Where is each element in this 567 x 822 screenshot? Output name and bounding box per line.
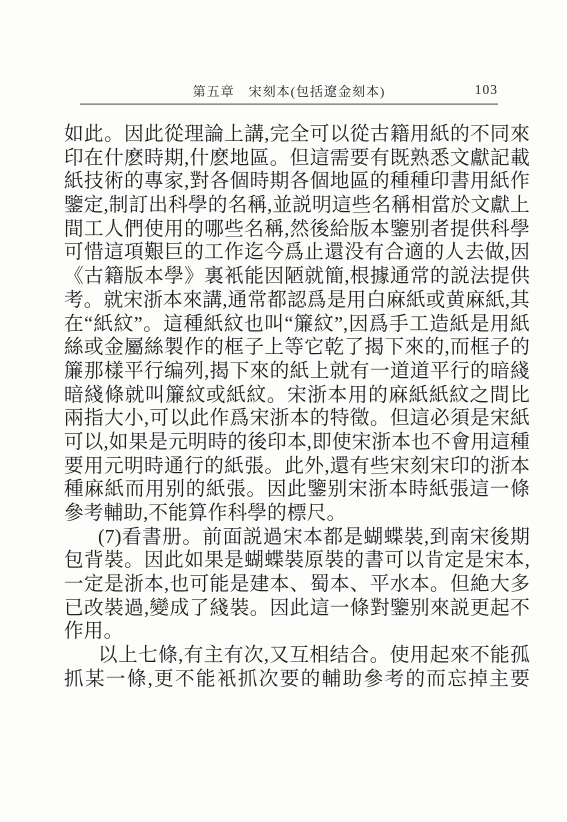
text-line: 以上七條,有主有次,又互相结合。使用起來不能孤立地衹 xyxy=(64,644,530,668)
body-text: 如此。因此從理論上講,完全可以從古籍用紙的不同來判斷它刷印在什麽時期,什麽地區。… xyxy=(64,123,530,692)
text-line: 要用元明時通行的紙張。此外,還有些宋刻宋印的浙本也不用這 xyxy=(64,455,530,479)
text-line: 絲或金屬絲製作的框子上等它乾了揭下來的,而框子的絲都像竹 xyxy=(64,336,530,360)
book-page-scan: 第五章 宋刻本(包括遼金刻本) 103 如此。因此從理論上講,完全可以從古籍用紙… xyxy=(0,0,567,822)
text-line: 暗綫條就叫簾紋或紙紋。宋浙本用的麻紙紙紋之間比較寬,約佔 xyxy=(64,384,530,408)
text-line: 一定是浙本,也可能是建本、蜀本、平水本。但絶大多數宋本都 xyxy=(64,573,530,597)
text-line: 如此。因此從理論上講,完全可以從古籍用紙的不同來判斷它刷 xyxy=(64,123,530,147)
text-line: 可以,如果是元明時的後印本,即使宋浙本也不會用這種麻紙,而 xyxy=(64,431,530,455)
text-line: 間工人們使用的哪些名稱,然後給版本鑒别者提供科學的標尺。 xyxy=(64,218,530,242)
text-line: 在“紙紋”。這種紙紋也叫“簾紋”,因爲手工造紙是用紙漿澆在竹 xyxy=(64,313,530,337)
text-line: 簾那樣平行编列,揭下來的紙上就有一道道平行的暗綫條,這種 xyxy=(64,360,530,384)
text-line: 作用。 xyxy=(64,620,530,644)
text-line: 鑒定,制訂出科學的名稱,並説明這些名稱相當於文獻上亦即民 xyxy=(64,194,530,218)
running-title: 第五章 宋刻本(包括遼金刻本) xyxy=(80,81,498,100)
text-line: 包背裝。因此如果是蝴蝶裝原裝的書可以肯定是宋本,當然不 xyxy=(64,549,530,573)
text-line: 種麻紙而用别的紙張。因此鑒别宋浙本時紙張這一條衹能作爲 xyxy=(64,478,530,502)
text-line: (7)看書册。前面説過宋本都是蝴蝶裝,到南宋後期纔出現 xyxy=(64,526,530,550)
header-rule xyxy=(80,103,498,105)
text-line: 紙技術的專家,對各個時期各個地區的種種印書用紙作出科學的 xyxy=(64,170,530,194)
text-line: 考。就宋浙本來講,通常都認爲是用白麻紙或黄麻紙,其特徵是 xyxy=(64,289,530,313)
text-line: 抓某一條,更不能衹抓次要的輔助參考的而忘掉主要的。 xyxy=(64,668,530,692)
text-line: 印在什麽時期,什麽地區。但這需要有既熟悉文獻記載又精通造 xyxy=(64,147,530,171)
text-line: 《古籍版本學》裏衹能因陋就簡,根據通常的説法提供點情況供參 xyxy=(64,265,530,289)
text-line: 兩指大小,可以此作爲宋浙本的特徵。但這必須是宋紙宋印的纔 xyxy=(64,407,530,431)
text-line: 參考輔助,不能算作科學的標尺。 xyxy=(64,502,530,526)
text-line: 可惜這項艱巨的工作迄今爲止還没有合適的人去做,因此在這本 xyxy=(64,241,530,265)
page-header: 第五章 宋刻本(包括遼金刻本) 103 xyxy=(80,81,498,99)
text-line: 已改裝過,變成了綫裝。因此這一條對鑒别來説更起不了多大 xyxy=(64,597,530,621)
page-number: 103 xyxy=(475,82,498,98)
